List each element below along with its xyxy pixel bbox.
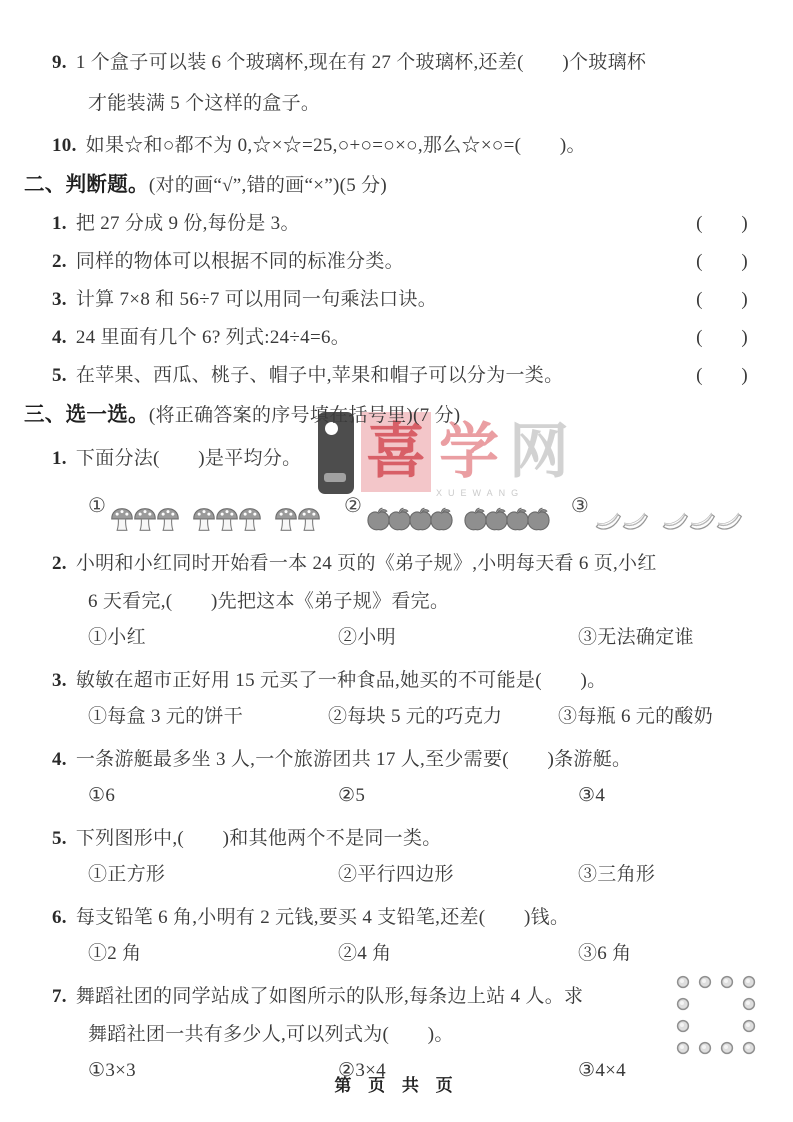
choice-q2-line1: 2.小明和小红同时开始看一本 24 页的《弟子规》,小明每天看 6 页,小红 <box>52 551 793 576</box>
judge-item-5-text: 5.在苹果、西瓜、桃子、帽子中,苹果和帽子可以分为一类。 <box>52 363 563 388</box>
mushroom-group <box>191 506 260 533</box>
question-10-number: 10. <box>52 135 77 156</box>
banana-icon <box>713 506 744 533</box>
choice-q4-line: 4.一条游艇最多坐 3 人,一个旅游团共 17 人,至少需要( )条游艇。 <box>52 747 793 772</box>
choice-q1-number: 1. <box>52 448 67 469</box>
section-2-instructions: (对的画“√”,错的画“×”)(5 分) <box>149 175 387 196</box>
choice-q2-option-3: ③无法确定谁 <box>578 625 793 650</box>
question-9-line1: 9.1 个盒子可以装 6 个玻璃杯,现在有 27 个玻璃杯,还差( )个玻璃杯 <box>52 50 793 75</box>
choice-q5-number: 5. <box>52 828 67 849</box>
section-3-heading: 三、选一选。(将正确答案的序号填在括号里)(7 分) <box>24 403 793 428</box>
judge-item-1-text: 1.把 27 分成 9 份,每份是 3。 <box>52 211 300 236</box>
group-label-2: ② <box>344 493 362 519</box>
choice-q1-line: 1.下面分法( )是平均分。 <box>52 446 793 471</box>
choice-q3-text: 敏敏在超市正好用 15 元买了一种食品,她买的不可能是( )。 <box>76 670 607 691</box>
choice-q2-option-1: ①小红 <box>88 625 338 650</box>
choice-q6-options: ①2 角 ②4 角 ③6 角 <box>88 941 793 966</box>
judge-item-1: 1.把 27 分成 9 份,每份是 3。 ( ) <box>52 211 748 236</box>
choice-q1-text: 下面分法( )是平均分。 <box>76 448 302 469</box>
choice-q2-option-2: ②小明 <box>338 625 578 650</box>
judge-item-3: 3.计算 7×8 和 56÷7 可以用同一句乘法口诀。 ( ) <box>52 287 748 312</box>
choice-q7-number: 7. <box>52 986 67 1007</box>
mushroom-group <box>109 506 178 533</box>
choice-q3-option-3: ③每瓶 6 元的酸奶 <box>558 704 793 729</box>
choice-q5-option-2: ②平行四边形 <box>338 862 578 887</box>
dance-formation-dots <box>675 974 759 1056</box>
choice-q4-option-2: ②5 <box>338 783 578 808</box>
judge-item-5: 5.在苹果、西瓜、桃子、帽子中,苹果和帽子可以分为一类。 ( ) <box>52 363 748 388</box>
choice-q4-number: 4. <box>52 749 67 770</box>
mushroom-icon <box>296 506 322 533</box>
choice-q6-line: 6.每支铅笔 6 角,小明有 2 元钱,要买 4 支铅笔,还差( )钱。 <box>52 905 793 930</box>
choice-q4-option-1: ①6 <box>88 783 338 808</box>
apple-icon <box>525 506 552 533</box>
apple-icon <box>428 506 455 533</box>
question-9-line2: 才能装满 5 个这样的盒子。 <box>88 91 793 116</box>
choice-q6-option-2: ②4 角 <box>338 941 578 966</box>
choice-q4-options: ①6 ②5 ③4 <box>88 783 793 808</box>
choice-q6-option-3: ③6 角 <box>578 941 793 966</box>
question-9-text1: 1 个盒子可以装 6 个玻璃杯,现在有 27 个玻璃杯,还差( )个玻璃杯 <box>76 52 646 73</box>
banana-group <box>592 506 646 533</box>
choice-q6-number: 6. <box>52 907 67 928</box>
choice-q3-line: 3.敏敏在超市正好用 15 元买了一种食品,她买的不可能是( )。 <box>52 668 793 693</box>
judge-item-4-bracket: ( ) <box>696 325 748 350</box>
banana-group <box>659 506 740 533</box>
mushroom-group <box>273 506 319 533</box>
q7-dots-diagram <box>675 974 759 1061</box>
choice-q5-option-1: ①正方形 <box>88 862 338 887</box>
choice-q5-option-3: ③三角形 <box>578 862 793 887</box>
apple-group <box>462 506 546 533</box>
question-9-number: 9. <box>52 52 67 73</box>
choice-q3-options: ①每盒 3 元的饼干 ②每块 5 元的巧克力 ③每瓶 6 元的酸奶 <box>88 704 793 729</box>
choice-q2-line2: 6 天看完,( )先把这本《弟子规》看完。 <box>88 589 793 614</box>
choice-q2-options: ①小红 ②小明 ③无法确定谁 <box>88 625 793 650</box>
choice-q4-text: 一条游艇最多坐 3 人,一个旅游团共 17 人,至少需要( )条游艇。 <box>76 749 631 770</box>
judge-item-3-text: 3.计算 7×8 和 56÷7 可以用同一句乘法口诀。 <box>52 287 437 312</box>
banana-icon <box>619 506 650 533</box>
judge-item-5-bracket: ( ) <box>696 363 748 388</box>
choice-q2-text1: 小明和小红同时开始看一本 24 页的《弟子规》,小明每天看 6 页,小红 <box>76 553 657 574</box>
choice-q7-text1: 舞蹈社团的同学站成了如图所示的队形,每条边上站 4 人。求 <box>76 986 583 1007</box>
section-2-heading: 二、判断题。(对的画“√”,错的画“×”)(5 分) <box>24 173 793 198</box>
judge-item-2-bracket: ( ) <box>696 249 748 274</box>
paper-content: 9.1 个盒子可以装 6 个玻璃杯,现在有 27 个玻璃杯,还差( )个玻璃杯 … <box>0 0 793 1083</box>
choice-q3-option-1: ①每盒 3 元的饼干 <box>88 704 328 729</box>
mushroom-icon <box>237 506 263 533</box>
section-2-title: 二、判断题。 <box>24 174 149 196</box>
test-paper-page: 喜 学 网 XUEWANG 9.1 个盒子可以装 6 个玻璃杯,现在有 27 个… <box>0 0 793 1122</box>
judge-item-3-bracket: ( ) <box>696 287 748 312</box>
question-10-text: 如果☆和○都不为 0,☆×☆=25,○+○=○×○,那么☆×○=( )。 <box>86 135 586 156</box>
choice-q5-options: ①正方形 ②平行四边形 ③三角形 <box>88 862 793 887</box>
choice-q5-line: 5.下列图形中,( )和其他两个不是同一类。 <box>52 826 793 851</box>
group-label-3: ③ <box>571 493 589 519</box>
judge-item-4-text: 4.24 里面有几个 6? 列式:24÷4=6。 <box>52 325 350 350</box>
choice-q5-text: 下列图形中,( )和其他两个不是同一类。 <box>76 828 442 849</box>
judge-item-1-bracket: ( ) <box>696 211 748 236</box>
group-label-1: ① <box>88 493 106 519</box>
judge-item-2: 2.同样的物体可以根据不同的标准分类。 ( ) <box>52 249 748 274</box>
choice-q4-option-3: ③4 <box>578 783 793 808</box>
choice-q6-option-1: ①2 角 <box>88 941 338 966</box>
choice-q3-number: 3. <box>52 670 67 691</box>
question-10-line: 10.如果☆和○都不为 0,☆×☆=25,○+○=○×○,那么☆×○=( )。 <box>52 133 793 158</box>
apple-group <box>365 506 449 533</box>
page-footer: 第 页 共 页 <box>0 1071 793 1096</box>
judge-item-4: 4.24 里面有几个 6? 列式:24÷4=6。 ( ) <box>52 325 748 350</box>
section-3-title: 三、选一选。 <box>24 404 149 426</box>
choice-q3-option-2: ②每块 5 元的巧克力 <box>328 704 558 729</box>
section-3-instructions: (将正确答案的序号填在括号里)(7 分) <box>149 405 461 426</box>
judge-item-2-text: 2.同样的物体可以根据不同的标准分类。 <box>52 249 404 274</box>
mushroom-icon <box>155 506 181 533</box>
choice-q7-block: 7.舞蹈社团的同学站成了如图所示的队形,每条边上站 4 人。求 舞蹈社团一共有多… <box>0 984 793 1047</box>
choice-q6-text: 每支铅笔 6 角,小明有 2 元钱,要买 4 支铅笔,还差( )钱。 <box>76 907 569 928</box>
q1-image-row: ①②③ <box>88 479 793 533</box>
choice-q2-number: 2. <box>52 553 67 574</box>
